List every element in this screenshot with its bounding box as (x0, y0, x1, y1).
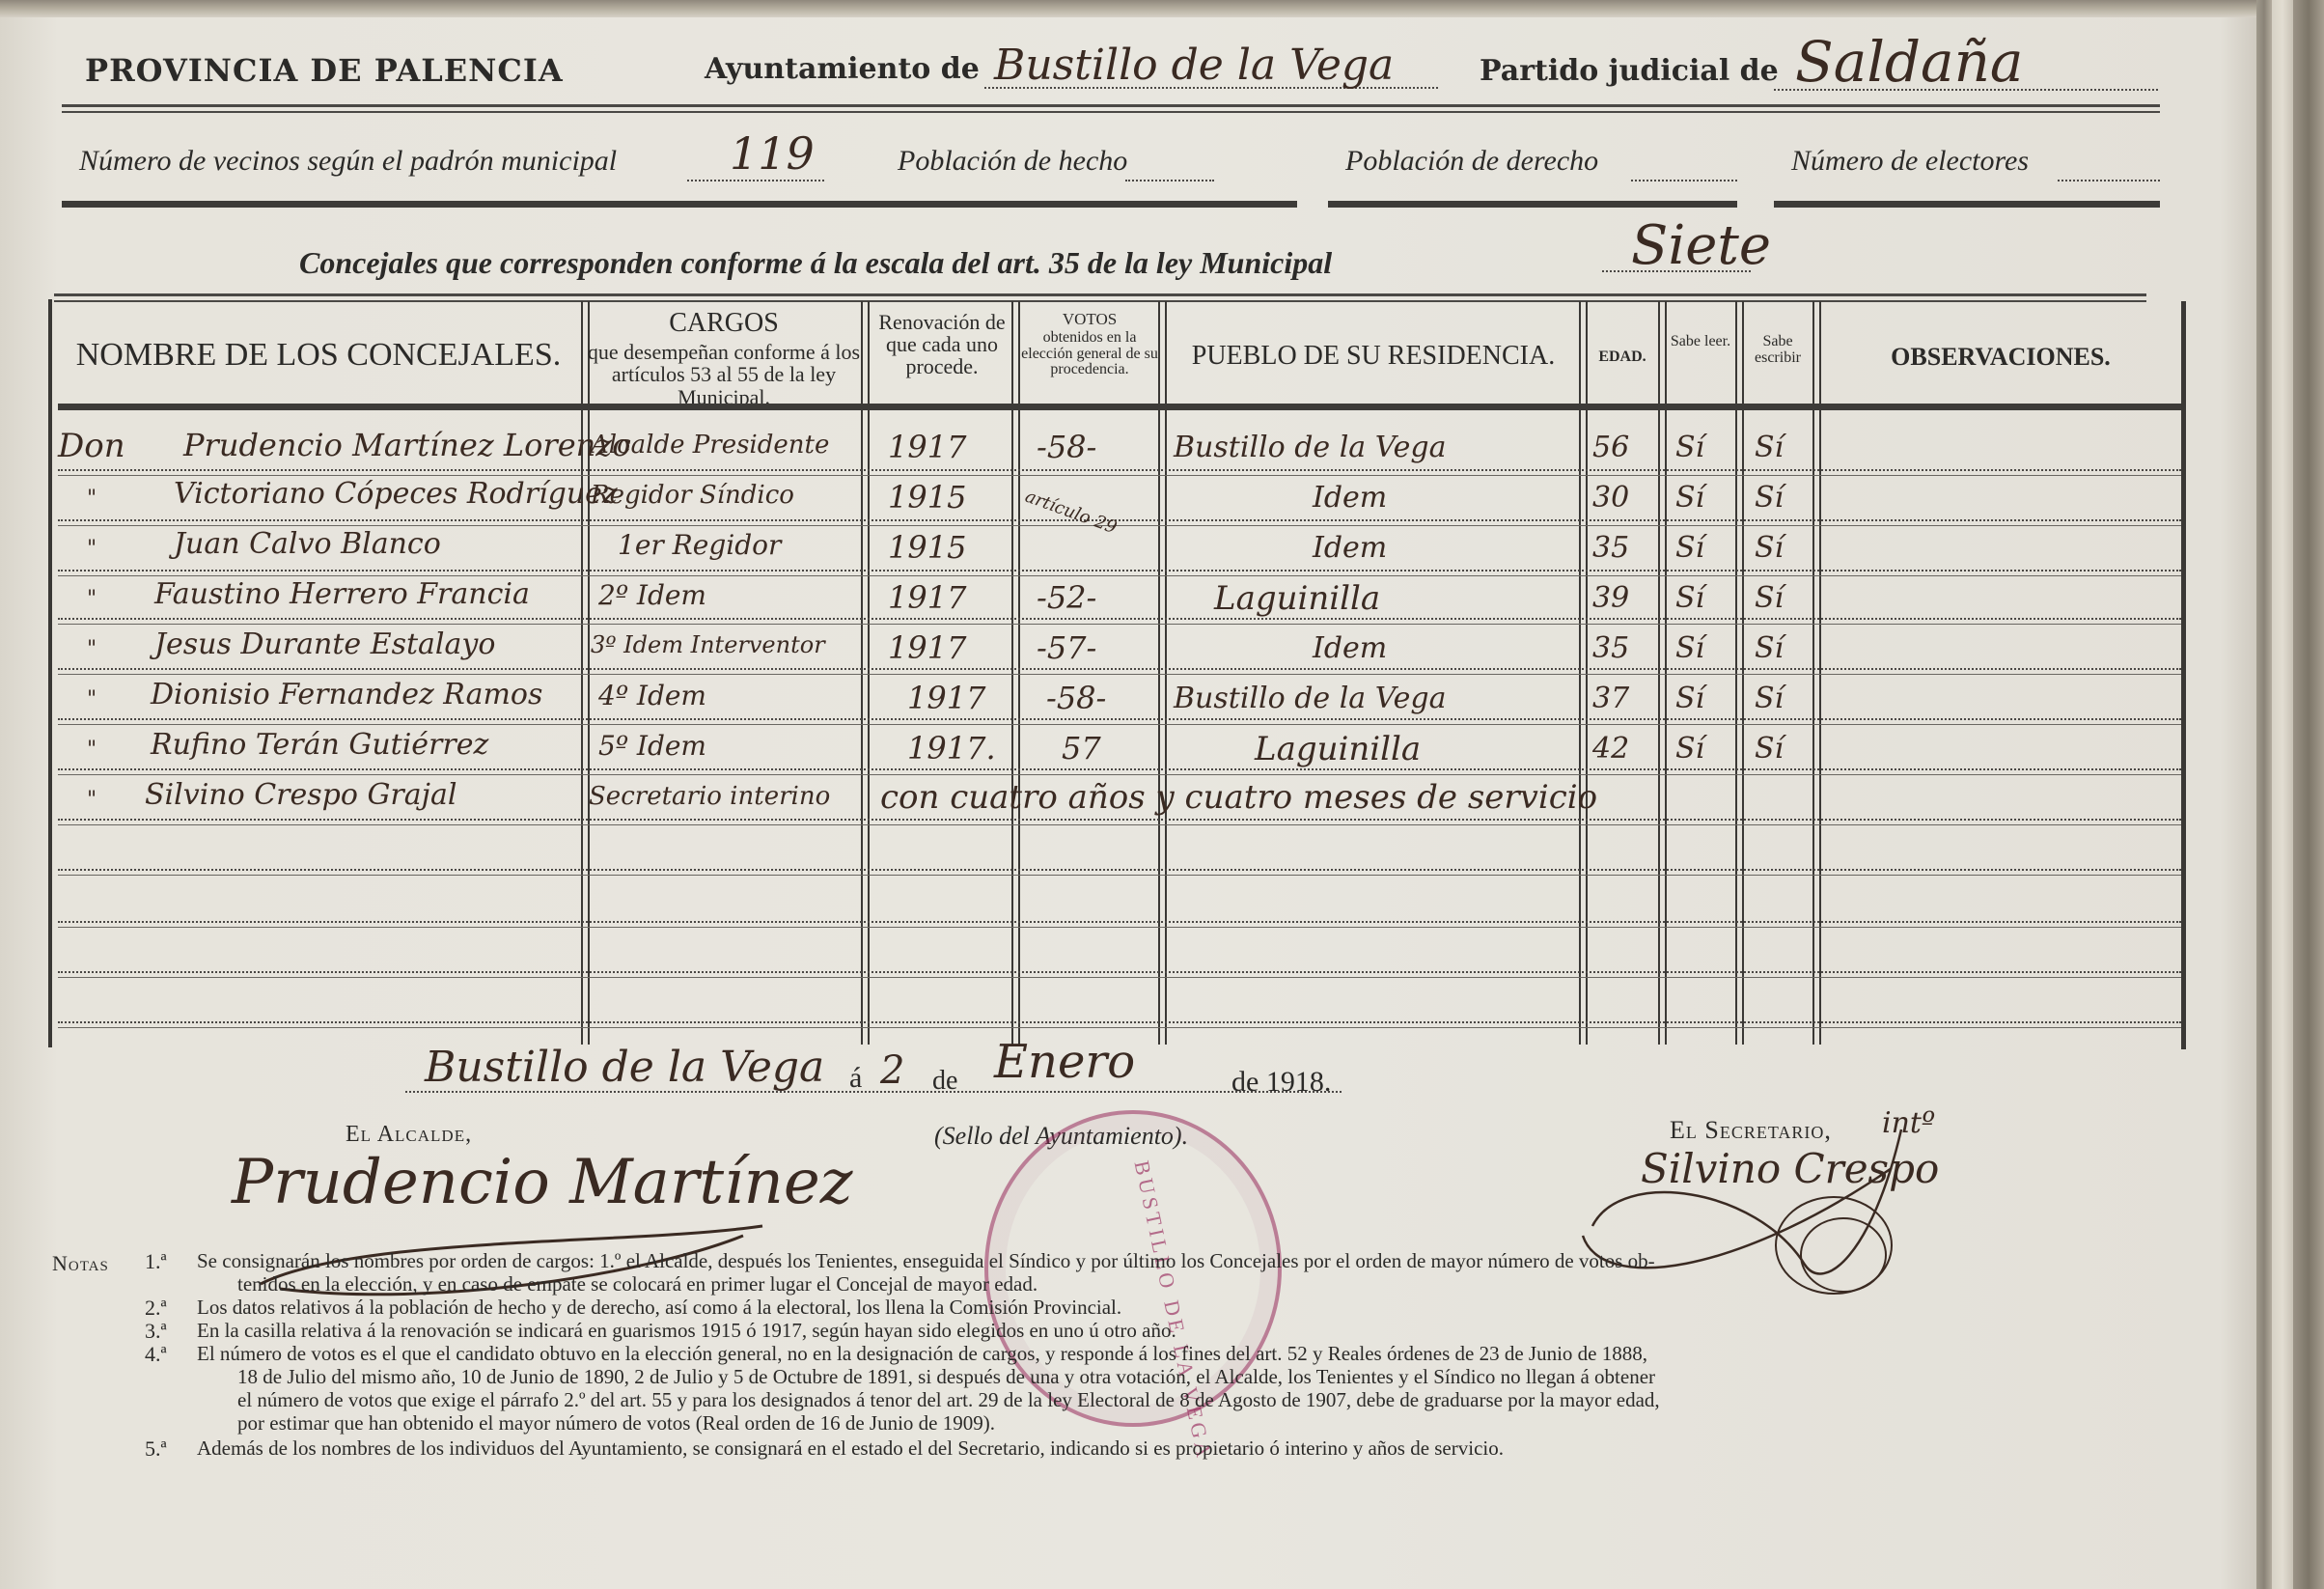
cell-cargo[interactable]: 1er Regidor (618, 529, 781, 561)
column-header-renovacion: Renovación de que cada uno procede. (872, 311, 1011, 377)
row-prefix: " (87, 687, 97, 711)
cell-nombre[interactable]: Victoriano Cópeces Rodríguez (174, 477, 618, 511)
note-line: Se consignarán los nombres por orden de … (197, 1249, 1655, 1273)
note-line: El número de votos es el que el candidat… (197, 1342, 1647, 1366)
notes-label: Notas (52, 1251, 109, 1276)
cell-pueblo[interactable]: Idem (1313, 481, 1387, 515)
cell-sabe-leer[interactable]: Sí (1675, 481, 1704, 515)
note-line: el número de votos que exige el párrafo … (237, 1388, 1660, 1412)
cell-pueblo[interactable]: Idem (1313, 631, 1387, 665)
cell-renovacion[interactable]: 1917 (907, 680, 985, 716)
cell-sabe-leer[interactable]: Sí (1675, 431, 1704, 464)
cell-edad[interactable]: 39 (1592, 581, 1629, 615)
row-line (58, 921, 2181, 928)
cell-renovacion[interactable]: 1917. (907, 730, 996, 767)
cell-sabe-leer[interactable]: Sí (1675, 682, 1704, 715)
cell-nombre[interactable]: Juan Calvo Blanco (174, 527, 441, 561)
hecho-field-line (1125, 180, 1214, 181)
row-prefix: " (87, 587, 97, 611)
divider (892, 201, 1297, 208)
ayuntamiento-value[interactable]: Bustillo de la Vega (994, 41, 1394, 90)
vecinos-field-line (687, 180, 824, 181)
cell-sabe-escribir[interactable]: Sí (1755, 531, 1784, 565)
note-number: 2.ª (145, 1296, 167, 1321)
row-line (58, 668, 2181, 675)
ayuntamiento-label: Ayuntamiento de (705, 52, 980, 86)
row-line (58, 570, 2181, 576)
cell-edad[interactable]: 56 (1592, 431, 1629, 464)
cell-edad[interactable]: 30 (1592, 481, 1629, 515)
note-number: 1.ª (145, 1249, 167, 1274)
row-line (58, 869, 2181, 876)
row-line (58, 768, 2181, 775)
table-left-border (48, 299, 52, 1047)
note-line: Además de los nombres de los individuos … (197, 1436, 1504, 1461)
cell-edad[interactable]: 42 (1592, 732, 1629, 766)
book-page-edge (2256, 0, 2272, 1589)
cell-renovacion[interactable]: 1917 (888, 629, 966, 666)
place-value[interactable]: Bustillo de la Vega (425, 1043, 824, 1092)
divider (1774, 201, 2160, 208)
year-label: de 1918. (1231, 1066, 1331, 1099)
row-line (58, 819, 2181, 825)
column-header-pueblo: PUEBLO DE SU RESIDENCIA. (1168, 342, 1579, 370)
cell-cargo[interactable]: 4º Idem (598, 680, 706, 711)
cell-nombre[interactable]: Dionisio Fernandez Ramos (151, 678, 542, 711)
cell-pueblo[interactable]: Laguinilla (1255, 730, 1421, 768)
column-header-cargos-title: CARGOS (587, 309, 861, 337)
vecinos-label: Número de vecinos según el padrón munici… (79, 145, 617, 178)
row-line (58, 971, 2181, 978)
column-header-votos-desc: obtenidos en la elección general de su p… (1021, 330, 1158, 378)
column-header-votos-title: VOTOS (1021, 311, 1158, 328)
concejales-label: Concejales que corresponden conforme á l… (299, 245, 1332, 281)
electores-label: Número de electores (1791, 145, 2029, 178)
note-number: 4.ª (145, 1342, 167, 1367)
row-prefix: " (87, 537, 97, 561)
hecho-label: Población de hecho (898, 145, 1127, 178)
column-header-sabe-escribir: Sabe escribir (1743, 334, 1812, 367)
book-top-edge (0, 0, 2324, 17)
cell-renovacion[interactable]: 1917 (888, 429, 966, 465)
row-line (58, 469, 2181, 476)
alcalde-label: El Alcalde, (346, 1122, 472, 1148)
column-header-cargos: CARGOS que desempeñan conforme á los art… (587, 309, 861, 408)
cell-pueblo[interactable]: Bustillo de la Vega (1174, 682, 1446, 715)
column-header-cargos-desc: que desempeñan conforme á los artículos … (587, 341, 861, 407)
cell-edad[interactable]: 35 (1592, 631, 1629, 665)
column-header-nombre: NOMBRE DE LOS CONCEJALES. (58, 338, 579, 373)
month-value[interactable]: Enero (994, 1035, 1135, 1089)
divider (591, 104, 1401, 113)
note-line: tenidos en la elección, y en caso de emp… (237, 1272, 1037, 1296)
column-header-observaciones: OBSERVACIONES. (1820, 344, 2181, 370)
day-value[interactable]: 2 (880, 1048, 904, 1093)
cell-sabe-leer[interactable]: Sí (1675, 732, 1704, 766)
note-line: 18 de Julio del mismo año, 10 de Junio d… (237, 1365, 1655, 1389)
table-right-border (2181, 301, 2186, 1049)
cell-cargo[interactable]: 2º Idem (598, 579, 706, 611)
column-header-votos: VOTOS obtenidos en la elección general d… (1021, 311, 1158, 378)
cell-nombre[interactable]: Silvino Crespo Grajal (145, 778, 456, 812)
province-title: PROVINCIA DE PALENCIA (85, 52, 564, 89)
row-line (58, 1021, 2181, 1028)
table-top-border (54, 293, 2146, 302)
note-number: 5.ª (145, 1436, 167, 1462)
row-prefix: " (87, 637, 97, 661)
book-binding-edge (2293, 0, 2324, 1589)
date-a: á (849, 1062, 862, 1095)
cell-sabe-escribir[interactable]: Sí (1755, 682, 1784, 715)
cell-sabe-escribir[interactable]: Sí (1755, 481, 1784, 515)
cell-renovacion[interactable]: 1915 (888, 529, 966, 566)
electores-field-line (2058, 180, 2160, 181)
divider (62, 201, 907, 208)
cell-votos[interactable]: -58- (1037, 429, 1096, 465)
cell-nombre[interactable]: Faustino Herrero Francia (154, 577, 530, 611)
row-prefix: Don (58, 427, 125, 465)
vecinos-value[interactable]: 119 (730, 127, 815, 180)
row-line (58, 718, 2181, 725)
partido-label: Partido judicial de (1480, 54, 1779, 88)
note-line: En la casilla relativa á la renovación s… (197, 1319, 1176, 1343)
row-prefix: " (87, 788, 97, 812)
column-header-edad: EDAD. (1587, 349, 1658, 366)
derecho-field-line (1631, 180, 1737, 181)
cell-renovacion[interactable]: 1917 (888, 579, 966, 616)
cell-sabe-escribir[interactable]: Sí (1755, 631, 1784, 665)
cell-cargo[interactable]: Alcalde Presidente (591, 431, 829, 460)
cell-sabe-escribir[interactable]: Sí (1755, 581, 1784, 615)
cell-sabe-leer[interactable]: Sí (1675, 531, 1704, 565)
cell-cargo[interactable]: Secretario interino (589, 782, 830, 811)
header-bottom-border (58, 404, 2181, 410)
cell-sabe-leer[interactable]: Sí (1675, 581, 1704, 615)
date-de: de (932, 1066, 957, 1097)
cell-votos[interactable]: -52- (1037, 579, 1096, 616)
cell-sabe-leer[interactable]: Sí (1675, 631, 1704, 665)
book-page-edge (2272, 0, 2293, 1589)
derecho-label: Población de derecho (1345, 145, 1598, 178)
cell-cargo[interactable]: 3º Idem Interventor (591, 631, 825, 658)
divider (1328, 201, 1737, 208)
cell-renovacion[interactable]: 1915 (888, 479, 966, 516)
cell-edad[interactable]: 37 (1592, 682, 1629, 715)
concejales-value[interactable]: Siete (1631, 214, 1771, 277)
cell-votos[interactable]: -57- (1037, 629, 1096, 666)
partido-value[interactable]: Saldaña (1795, 29, 2024, 95)
cell-edad[interactable]: 35 (1592, 531, 1629, 565)
cell-pueblo[interactable]: Idem (1313, 531, 1387, 565)
cell-nombre[interactable]: Rufino Terán Gutiérrez (151, 728, 488, 762)
cell-sabe-escribir[interactable]: Sí (1755, 732, 1784, 766)
cell-cargo[interactable]: Regidor Síndico (591, 481, 794, 510)
cell-votos[interactable]: -58- (1046, 680, 1106, 716)
divider (1291, 104, 2160, 113)
note-line: Los datos relativos á la población de he… (197, 1296, 1121, 1320)
cell-cargo[interactable]: 5º Idem (598, 730, 706, 762)
note-number: 3.ª (145, 1319, 167, 1344)
row-line (58, 618, 2181, 625)
cell-sabe-escribir[interactable]: Sí (1755, 431, 1784, 464)
cell-pueblo[interactable]: Laguinilla (1214, 579, 1380, 618)
cell-renovacion-note[interactable]: con cuatro años y cuatro meses de servic… (880, 778, 1597, 817)
cell-pueblo[interactable]: Bustillo de la Vega (1174, 431, 1446, 464)
row-line (58, 519, 2181, 526)
column-header-sabe-leer: Sabe leer. (1666, 334, 1735, 350)
note-line: por estimar que han obtenido el mayor nú… (237, 1411, 995, 1436)
row-prefix: " (87, 487, 97, 511)
cell-votos[interactable]: 57 (1062, 730, 1101, 767)
divider (62, 104, 591, 113)
signature-flourish-icon (1563, 1110, 1911, 1303)
cell-nombre[interactable]: Jesus Durante Estalayo (154, 627, 495, 661)
row-prefix: " (87, 738, 97, 762)
cell-nombre[interactable]: Prudencio Martínez Lorenzo (183, 427, 630, 463)
